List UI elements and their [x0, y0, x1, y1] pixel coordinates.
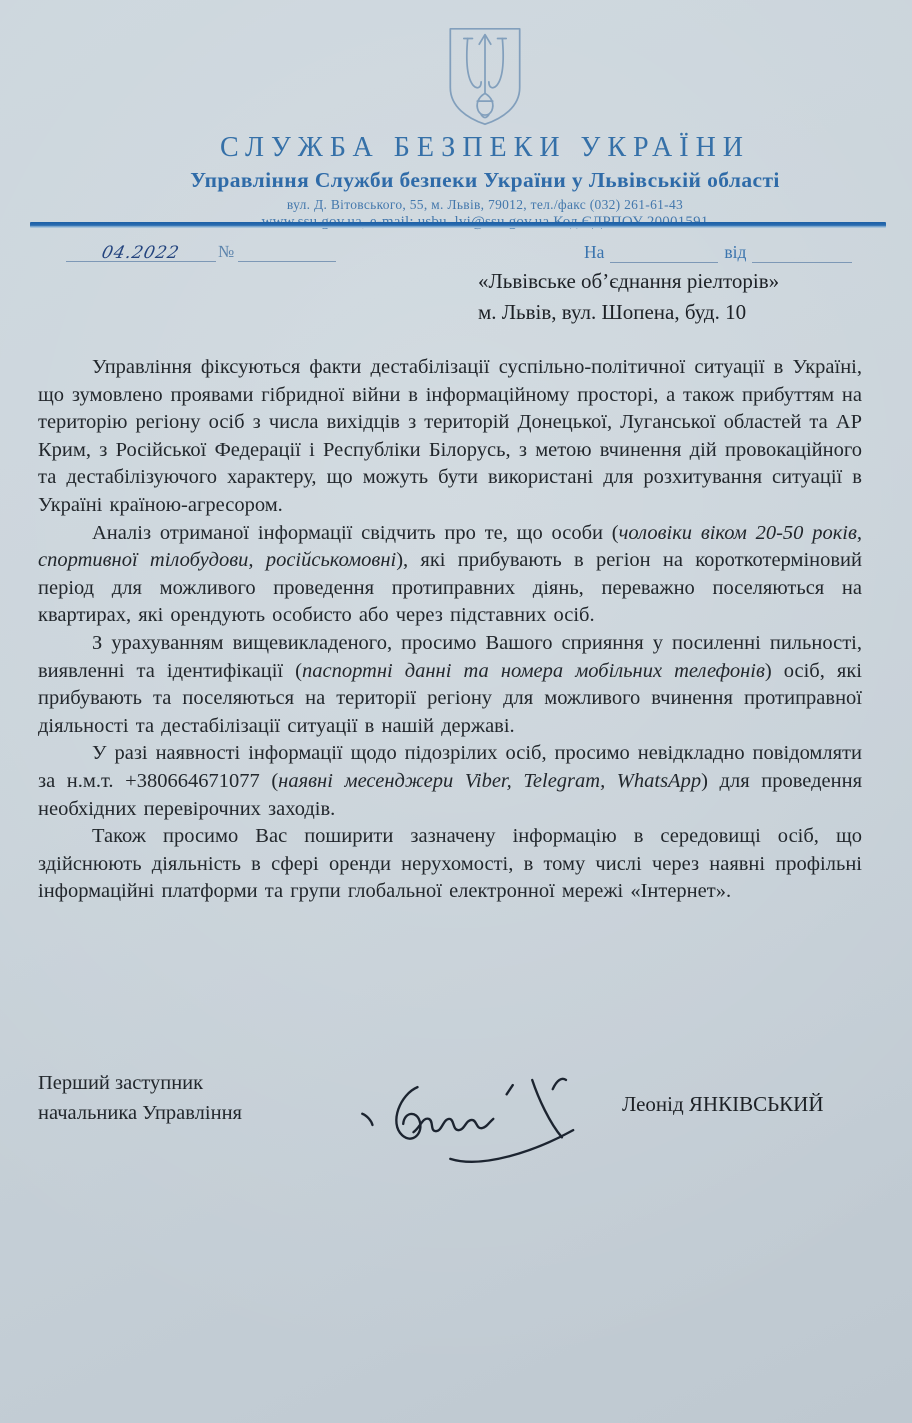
- body-paragraph: Також просимо Вас поширити зазначену інф…: [38, 823, 862, 906]
- recipient-address: м. Львів, вул. Шопена, буд. 10: [478, 297, 779, 328]
- address-line: вул. Д. Вітовського, 55, м. Львів, 79012…: [58, 197, 912, 213]
- recipient-name: «Львівське об’єднання ріелторів»: [478, 266, 779, 297]
- header-divider: [30, 222, 886, 228]
- signer-position-line1: Перший заступник: [38, 1068, 242, 1098]
- na-blank-line: [610, 244, 718, 263]
- letter-body: Управління фіксуються факти дестабілізац…: [38, 354, 862, 906]
- ukraine-trident-emblem-icon: [437, 24, 533, 130]
- outgoing-number-line: 04.2022: [66, 243, 216, 262]
- vid-label: від: [724, 242, 746, 262]
- body-paragraph: У разі наявності інформації щодо підозрі…: [38, 740, 862, 823]
- signer-name: Леонід ЯНКІВСЬКИЙ: [622, 1092, 824, 1117]
- paragraph-segment: Управління фіксуються факти дестабілізац…: [38, 356, 862, 516]
- letterhead: СЛУЖБА БЕЗПЕКИ УКРАЇНИ Управління Служби…: [0, 0, 912, 231]
- outgoing-number-row: 04.2022№: [66, 242, 336, 262]
- blank-number-line: [238, 243, 336, 262]
- paragraph-segment: паспортні данні та номера мобільних теле…: [302, 660, 765, 682]
- signer-position: Перший заступник начальника Управління: [38, 1068, 242, 1128]
- na-label: На: [584, 242, 604, 262]
- org-name: СЛУЖБА БЕЗПЕКИ УКРАЇНИ: [58, 132, 912, 164]
- body-paragraph: З урахуванням вищевикладеного, просимо В…: [38, 630, 862, 740]
- body-paragraph: Управління фіксуються факти дестабілізац…: [38, 354, 862, 520]
- paragraph-segment: Аналіз отриманої інформації свідчить про…: [92, 522, 619, 544]
- handwritten-signature: [352, 1072, 608, 1176]
- department-name: Управління Служби безпеки України у Льві…: [58, 168, 912, 193]
- paragraph-segment: наявні месенджери Viber, Telegram, Whats…: [278, 770, 701, 792]
- recipient-block: «Львівське об’єднання ріелторів» м. Льві…: [478, 266, 779, 328]
- letter-document: СЛУЖБА БЕЗПЕКИ УКРАЇНИ Управління Служби…: [0, 0, 912, 1423]
- reply-reference-row: Навід: [584, 242, 858, 263]
- vid-blank-line: [752, 244, 852, 263]
- number-sign: №: [218, 242, 234, 261]
- signer-position-line2: начальника Управління: [38, 1098, 242, 1128]
- paragraph-segment: Також просимо Вас поширити зазначену інф…: [38, 825, 862, 902]
- body-paragraph: Аналіз отриманої інформації свідчить про…: [38, 520, 862, 630]
- handwritten-number: 04.2022: [100, 243, 182, 263]
